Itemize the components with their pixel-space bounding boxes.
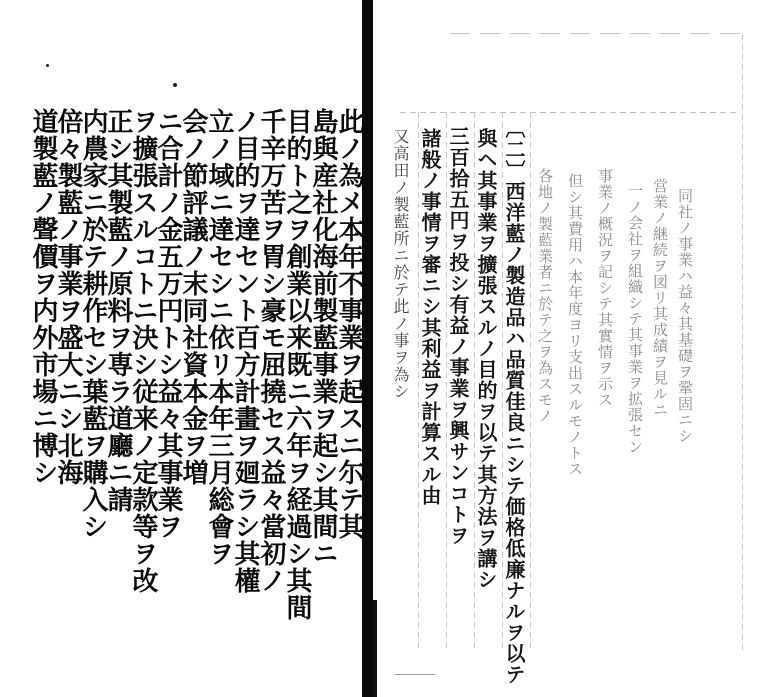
- faint-text-column: 一ノ会社ヲ組織シテ其事業ヲ拡張セン: [627, 183, 642, 653]
- faint-text-column: 同社ノ事業ハ益々其基礎ヲ鞏固ニシ: [677, 188, 692, 658]
- faint-text-column: 各地ノ製藍業者ニ於テ之ヲ為スモノ: [537, 168, 552, 638]
- faint-text-column: 但シ其費用ハ本年度ヨリ支出スルモノトス: [567, 173, 582, 643]
- text-column: 立ノ域ニ達セシニ依リ本年三月総會ヲ: [206, 108, 232, 653]
- overlay-text-column: 諸般ノ事情ヲ審ニシ其利益ヲ計算スル由: [420, 128, 440, 668]
- left-page: 此ノ為メ本年不事業ヲ起スニ尓テ其 島與産社化海前製藍事業ヲ起シ其間ニ 目的ト之ヲ…: [30, 108, 362, 668]
- overlay-text-column: 與ヘ其事業ヲ擴張スルノ目的ヲ以テ其方法ヲ講シ: [476, 128, 496, 668]
- text-column: ニ合計ノ金五万円トシ益々其事業ヲ: [155, 108, 181, 653]
- overlay-text-column: 三百拾五円ヲ投シ有益ノ事業ヲ興サンコトヲ: [448, 126, 468, 666]
- text-column: 倍々製藍ノ事業ヲ盛大ニシ北海: [55, 108, 81, 653]
- right-page: 〔二〕西洋藍ノ製造品ハ品質佳良ニシテ価格低廉ナルヲ以テ 與ヘ其事業ヲ擴張スルノ目…: [372, 108, 752, 668]
- overlay-text-column: 又高田ノ製藍所ニ於テ此ノ事ヲ為シ: [392, 128, 408, 648]
- faint-text-column: 事業ノ概況ヲ記シテ其實情ヲ示ス: [597, 168, 612, 638]
- text-column: 島與産社化海前製藍事業ヲ起シ其間ニ: [310, 108, 336, 653]
- paper-speck: [46, 64, 49, 67]
- text-column: ヲ擴張スルコトニ決シ従来ノ定款等ヲ改: [130, 108, 156, 653]
- page-frame-rule: [450, 33, 740, 34]
- faint-text-column: 営業ノ継続ヲ図リ其成績ヲ見ルニ: [652, 178, 667, 648]
- text-column: 千辛万苦ヲ胃シ豪モ屈撓セス益々當初ノ: [258, 108, 284, 653]
- paper-speck: [173, 83, 177, 87]
- text-column: 道製藍ノ聲價ヲ内外市場ニ博シ: [30, 108, 56, 653]
- text-column: ノ目的ヲ達セント百方計畫ヲ廻ラシ其權: [232, 108, 258, 653]
- overlay-text-column: 〔二〕西洋藍ノ製造品ハ品質佳良ニシテ価格低廉ナルヲ以テ: [504, 118, 524, 658]
- manuscript-spread: 此ノ為メ本年不事業ヲ起スニ尓テ其 島與産社化海前製藍事業ヲ起シ其間ニ 目的ト之ヲ…: [0, 0, 768, 697]
- text-column: 此ノ為メ本年不事業ヲ起スニ尓テ其: [336, 108, 362, 653]
- text-column: 内農家ニ於テ耕作セシ葉藍ヲ購入シ: [80, 108, 106, 653]
- text-column: 会ノ節評議ノ末同社資本金ヲ増: [180, 108, 206, 653]
- text-column: 正シ其製藍ノ原料ヲ専ラ道廳ニ請: [105, 108, 131, 653]
- text-column: 目的ト之ヲ創業以来既ニ六年ヲ経過シ其間: [284, 108, 310, 653]
- scan-artifact-mark: [395, 674, 435, 675]
